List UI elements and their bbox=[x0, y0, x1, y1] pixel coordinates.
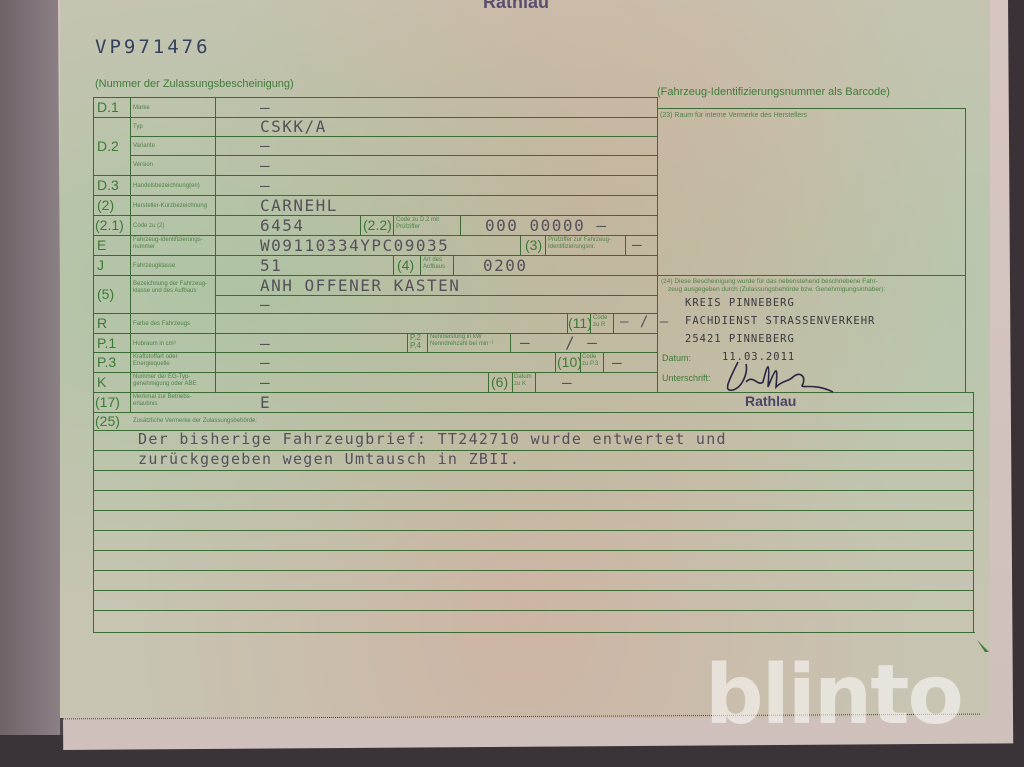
note-line-1: Der bisherige Fahrzeugbrief: TT242710 wu… bbox=[138, 430, 727, 448]
value-hubraum: – bbox=[260, 334, 271, 353]
label-eg-typ: Nummer der EG-Typ-genehmigung oder ABE bbox=[133, 374, 213, 388]
value-code-zu-p3: – bbox=[612, 353, 623, 372]
label-code-zu-r: Code zu R bbox=[593, 315, 613, 329]
code-2: (2) bbox=[97, 197, 114, 213]
value-fin: W09110334YPC09035 bbox=[260, 236, 449, 255]
value-betriebserlaubnis: E bbox=[260, 393, 271, 412]
code-10: (10) bbox=[557, 354, 582, 370]
barcode-caption: (Fahrzeug-Identifizierungsnummer als Bar… bbox=[657, 86, 890, 98]
issuer-line-2: FACHDIENST STRASSENVERKEHR bbox=[685, 315, 875, 327]
watermark-logo: blinto bbox=[705, 648, 962, 743]
label-hersteller: Hersteller-Kurzbezeichnung bbox=[133, 203, 207, 210]
value-kraftstoffart: – bbox=[260, 353, 271, 372]
value-version: – bbox=[260, 156, 271, 175]
value-marke: – bbox=[260, 98, 271, 117]
value-code-zu-r: – / – bbox=[620, 314, 670, 330]
certificate-number-caption: (Nummer der Zulassungsbescheinigung) bbox=[95, 78, 294, 90]
signature-label: Unterschrift: bbox=[662, 373, 711, 383]
label-typ: Typ bbox=[133, 124, 143, 131]
background-left bbox=[0, 0, 60, 767]
issuer-line-3: 25421 PINNEBERG bbox=[685, 333, 795, 345]
label-datum-zu-k: Datum zu K bbox=[514, 374, 534, 388]
value-code-zu-2: 6454 bbox=[260, 216, 305, 235]
value-bezeichnung-klasse: ANH OFFENER KASTEN bbox=[260, 276, 460, 295]
issuer-line-1: KREIS PINNEBERG bbox=[685, 297, 795, 309]
code-2-2: (2.2) bbox=[363, 217, 392, 233]
code-p3: P.3 bbox=[97, 354, 116, 370]
label-pruefziffer: Prüfziffer zur Fahrzeug-Identifizierungs… bbox=[548, 237, 624, 251]
note-line-2: zurückgegeben wegen Umtausch in ZBII. bbox=[138, 450, 520, 468]
signature-name-stamp: Rathlau bbox=[745, 393, 796, 409]
value-hersteller: CARNEHL bbox=[260, 196, 338, 215]
code-p2-p4: P.2 P.4 bbox=[410, 334, 426, 350]
label-24-line-2: zeug ausgegeben durch (Zulassungsbehörde… bbox=[668, 286, 885, 293]
code-k: K bbox=[97, 374, 106, 390]
value-nenndrehzahl: / – bbox=[565, 333, 598, 352]
label-marke: Marke bbox=[133, 105, 150, 112]
code-4: (4) bbox=[397, 257, 414, 273]
code-d3: D.3 bbox=[97, 177, 119, 193]
value-eg-typ: – bbox=[260, 373, 271, 392]
value-bezeichnung-klasse-2: – bbox=[260, 295, 271, 314]
label-variante: Variante bbox=[133, 143, 155, 150]
stamp-top: Rathlau bbox=[483, 0, 549, 13]
code-r: R bbox=[97, 315, 107, 331]
code-3: (3) bbox=[525, 237, 542, 253]
label-24-line-1: (24) Diese Bescheinigung wurde für das n… bbox=[661, 278, 878, 285]
code-2-1: (2.1) bbox=[95, 217, 124, 233]
code-d1: D.1 bbox=[97, 99, 119, 115]
code-e: E bbox=[97, 237, 106, 253]
value-fahrzeugklasse: 51 bbox=[260, 256, 282, 275]
label-handelsbezeichnung: Handelsbezeichnung(en) bbox=[133, 183, 200, 190]
code-6: (6) bbox=[491, 374, 508, 390]
label-nennleistung: Nennleistung in kW Nenndrehzahl bei min⁻… bbox=[430, 334, 510, 348]
label-betriebserlaubnis: Merkmal zur Betriebs-erlaubnis bbox=[133, 394, 213, 408]
label-zusaetzliche-vermerke: Zusätzliche Vermerke der Zulassungsbehör… bbox=[133, 418, 257, 425]
certificate-number: VP971476 bbox=[95, 36, 211, 58]
code-17: (17) bbox=[95, 394, 120, 410]
printer-mark-icon bbox=[975, 638, 991, 654]
code-5: (5) bbox=[97, 286, 114, 302]
label-bezeichnung-klasse: Bezeichnung der Fahrzeug-klasse und des … bbox=[133, 281, 213, 295]
code-j: J bbox=[97, 257, 104, 273]
value-typ: CSKK/A bbox=[260, 117, 327, 136]
date-label: Datum: bbox=[662, 353, 691, 363]
value-datum-zu-k: – bbox=[562, 373, 573, 392]
label-code-zu-2: Code zu (2) bbox=[133, 223, 164, 230]
code-11: (11) bbox=[568, 315, 592, 331]
value-code-zu-d2: 000 00000 – bbox=[485, 216, 607, 235]
value-variante: – bbox=[260, 136, 271, 155]
code-p1: P.1 bbox=[97, 335, 116, 351]
label-version: Version bbox=[133, 162, 153, 169]
label-hubraum: Hubraum in cm³ bbox=[133, 341, 176, 348]
code-25: (25) bbox=[95, 413, 120, 429]
label-23-herstellervermerke: (23) Raum für interne Vermerke des Herst… bbox=[660, 112, 807, 119]
value-pruefziffer: – bbox=[632, 235, 643, 254]
label-code-zu-d2: Code zu D.2 mit Prüfziffer bbox=[396, 217, 458, 231]
value-nennleistung: – bbox=[520, 333, 531, 352]
code-d2: D.2 bbox=[97, 138, 119, 154]
value-art-des-aufbaus: 0200 bbox=[483, 256, 528, 275]
label-kraftstoffart: Kraftstoffart oder Energiequelle bbox=[133, 354, 213, 368]
label-fin: Fahrzeug-Identifizierungs-nummer bbox=[133, 237, 213, 251]
label-art-des-aufbaus: Art des Aufbaus bbox=[423, 257, 451, 271]
value-handelsbezeichnung: – bbox=[260, 176, 271, 195]
label-farbe: Farbe des Fahrzeugs bbox=[133, 321, 190, 328]
label-fahrzeugklasse: Fahrzeugklasse bbox=[133, 263, 175, 270]
label-code-zu-p3: Code zu P.3 bbox=[582, 354, 602, 368]
